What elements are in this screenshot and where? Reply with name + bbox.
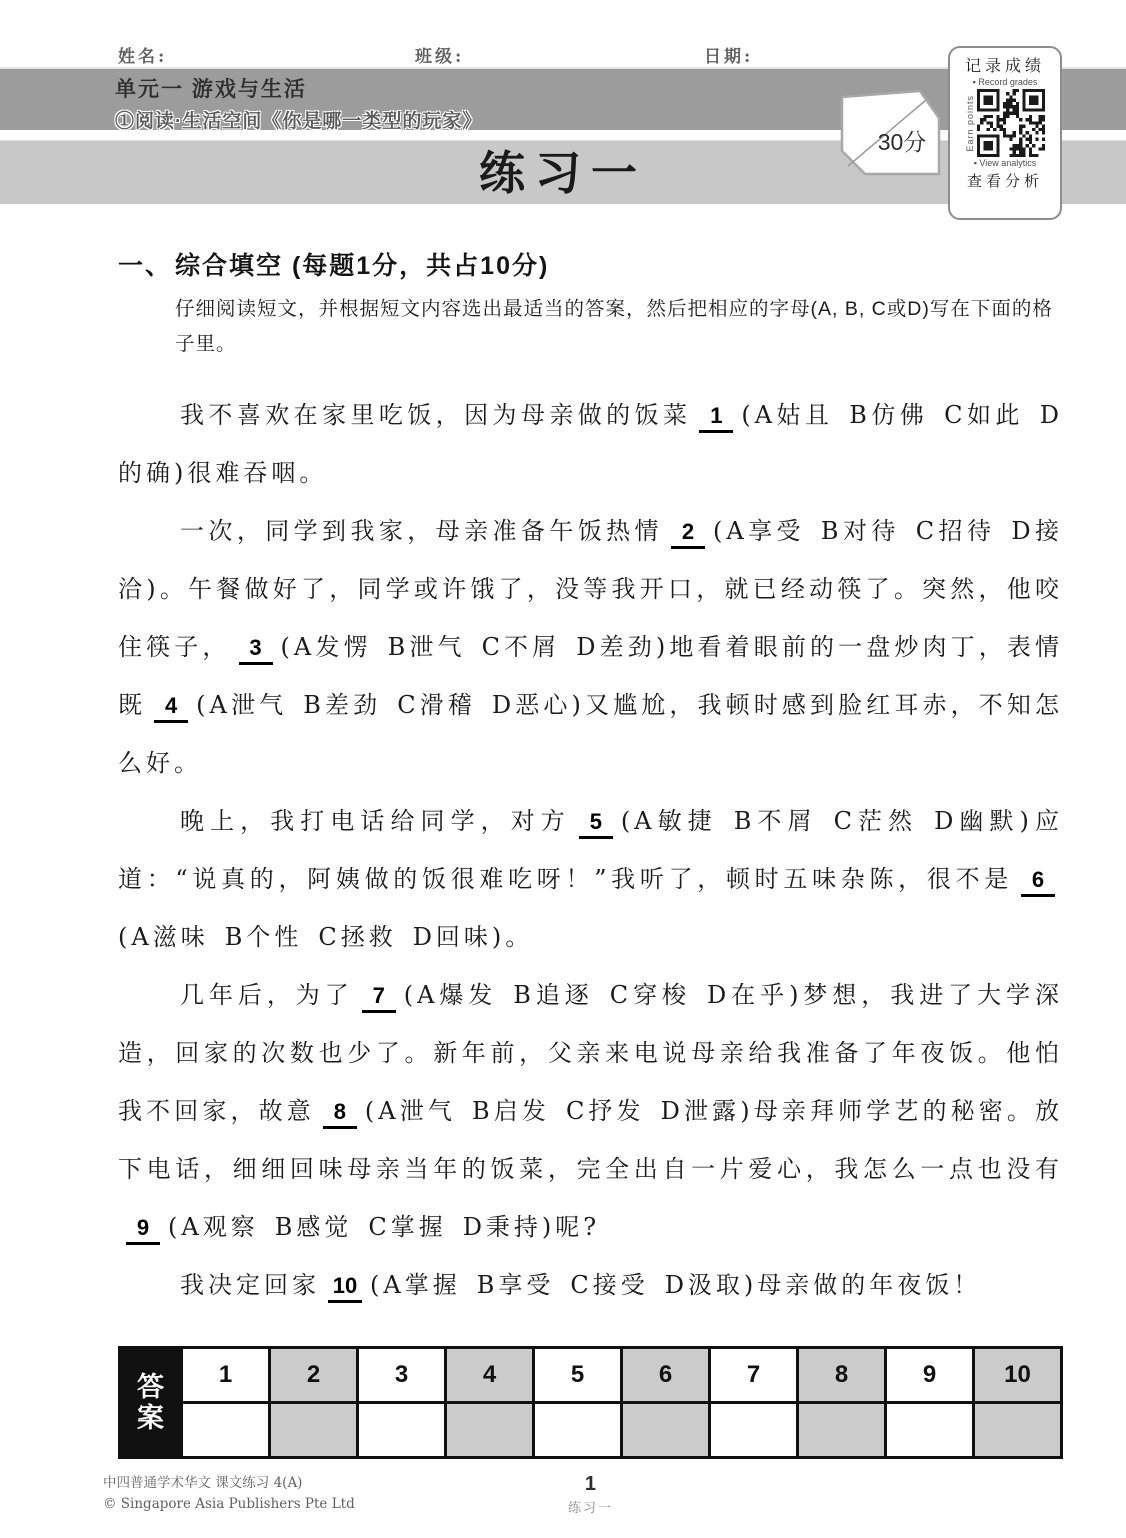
answer-column-header-4: 4 bbox=[447, 1349, 532, 1401]
answer-column-header-10: 10 bbox=[975, 1349, 1060, 1401]
fill-blank-4: 4 bbox=[154, 693, 188, 723]
answer-column-header-1: 1 bbox=[183, 1349, 268, 1401]
page-number: 1 bbox=[568, 1473, 613, 1496]
answer-cell-8 bbox=[799, 1404, 884, 1456]
passage-paragraph: 几年后，为了7(A爆发 B追逐 C穿梭 D在乎)梦想，我进了大学深造，回家的次数… bbox=[118, 966, 1063, 1256]
qr-earn-points-label: Earn points bbox=[965, 95, 975, 152]
answer-cell-4 bbox=[447, 1404, 532, 1456]
answer-cell-10 bbox=[975, 1404, 1060, 1456]
fill-blank-2: 2 bbox=[671, 519, 705, 549]
answer-cell-6 bbox=[623, 1404, 708, 1456]
answer-cell-2 bbox=[271, 1404, 356, 1456]
answer-table: 答案12345678910 bbox=[118, 1346, 1063, 1459]
qr-record-grades-label: ▪ Record grades bbox=[973, 77, 1038, 87]
answer-column-header-8: 8 bbox=[799, 1349, 884, 1401]
fill-blank-5: 5 bbox=[579, 809, 613, 839]
date-field-label: 日期: bbox=[704, 42, 753, 67]
score-badge: 30分 bbox=[834, 86, 944, 182]
answer-cell-7 bbox=[711, 1404, 796, 1456]
answer-column-header-6: 6 bbox=[623, 1349, 708, 1401]
qr-title-cn: 记录成绩 bbox=[965, 53, 1045, 76]
section-instructions: 仔细阅读短文，并根据短文内容选出最适当的答案，然后把相应的字母(A, B, C或… bbox=[175, 292, 1063, 362]
answer-cell-1 bbox=[183, 1404, 268, 1456]
fill-blank-7: 7 bbox=[362, 983, 396, 1013]
fill-blank-3: 3 bbox=[239, 635, 273, 665]
passage-paragraph: 一次，同学到我家，母亲准备午饭热情2(A享受 B对待 C招待 D接洽)。午餐做好… bbox=[118, 502, 1063, 792]
section-heading: 一、 综合填空 (每题1分，共占10分) bbox=[118, 246, 1063, 282]
worksheet-page: { "header": { "name_label": "姓名:", "clas… bbox=[0, 0, 1126, 1538]
qr-view-analytics-label: ▪ View analytics bbox=[974, 158, 1037, 168]
answer-column-header-9: 9 bbox=[887, 1349, 972, 1401]
answer-column-header-2: 2 bbox=[271, 1349, 356, 1401]
qr-panel: 记录成绩 ▪ Record grades Earn points ▪ View … bbox=[948, 46, 1062, 220]
passage-paragraph: 我决定回家10(A掌握 B享受 C接受 D汲取)母亲做的年夜饭！ bbox=[118, 1256, 1063, 1314]
fill-blank-8: 8 bbox=[323, 1099, 357, 1129]
class-field-label: 班级: bbox=[415, 42, 464, 67]
qr-analytics-cn: 查看分析 bbox=[967, 170, 1043, 191]
fill-blank-1: 1 bbox=[699, 403, 733, 433]
answer-column-header-7: 7 bbox=[711, 1349, 796, 1401]
page-footer: 中四普通学术华文 课文练习 4(A) © Singapore Asia Publ… bbox=[118, 1473, 1063, 1533]
score-badge-text: 30分 bbox=[878, 129, 927, 155]
answer-cell-9 bbox=[887, 1404, 972, 1456]
book-title: 中四普通学术华文 课文练习 4(A) bbox=[103, 1473, 355, 1494]
section-title: 综合填空 (每题1分，共占10分) bbox=[175, 246, 549, 282]
answer-column-header-5: 5 bbox=[535, 1349, 620, 1401]
main-content: 一、 综合填空 (每题1分，共占10分) 仔细阅读短文，并根据短文内容选出最适当… bbox=[118, 246, 1063, 1533]
section-number: 一、 bbox=[118, 246, 175, 282]
passage-paragraph: 我不喜欢在家里吃饭，因为母亲做的饭菜1(A姑且 B仿佛 C如此 D的确)很难吞咽… bbox=[118, 386, 1063, 502]
answer-column-header-3: 3 bbox=[359, 1349, 444, 1401]
answer-table-label: 答案 bbox=[121, 1349, 180, 1456]
answer-cell-3 bbox=[359, 1404, 444, 1456]
passage: 我不喜欢在家里吃饭，因为母亲做的饭菜1(A姑且 B仿佛 C如此 D的确)很难吞咽… bbox=[118, 386, 1063, 1314]
passage-paragraph: 晚上，我打电话给同学，对方5(A敏捷 B不屑 C茫然 D幽默)应道：“说真的，阿… bbox=[118, 792, 1063, 966]
copyright-line: © Singapore Asia Publishers Pte Ltd bbox=[103, 1494, 355, 1515]
qr-code bbox=[977, 89, 1045, 157]
fill-blank-6: 6 bbox=[1021, 867, 1055, 897]
name-field-label: 姓名: bbox=[118, 42, 167, 67]
page-number-label: 练习一 bbox=[568, 1497, 613, 1516]
fill-blank-9: 9 bbox=[126, 1215, 160, 1245]
answer-cell-5 bbox=[535, 1404, 620, 1456]
fill-blank-10: 10 bbox=[328, 1273, 362, 1303]
